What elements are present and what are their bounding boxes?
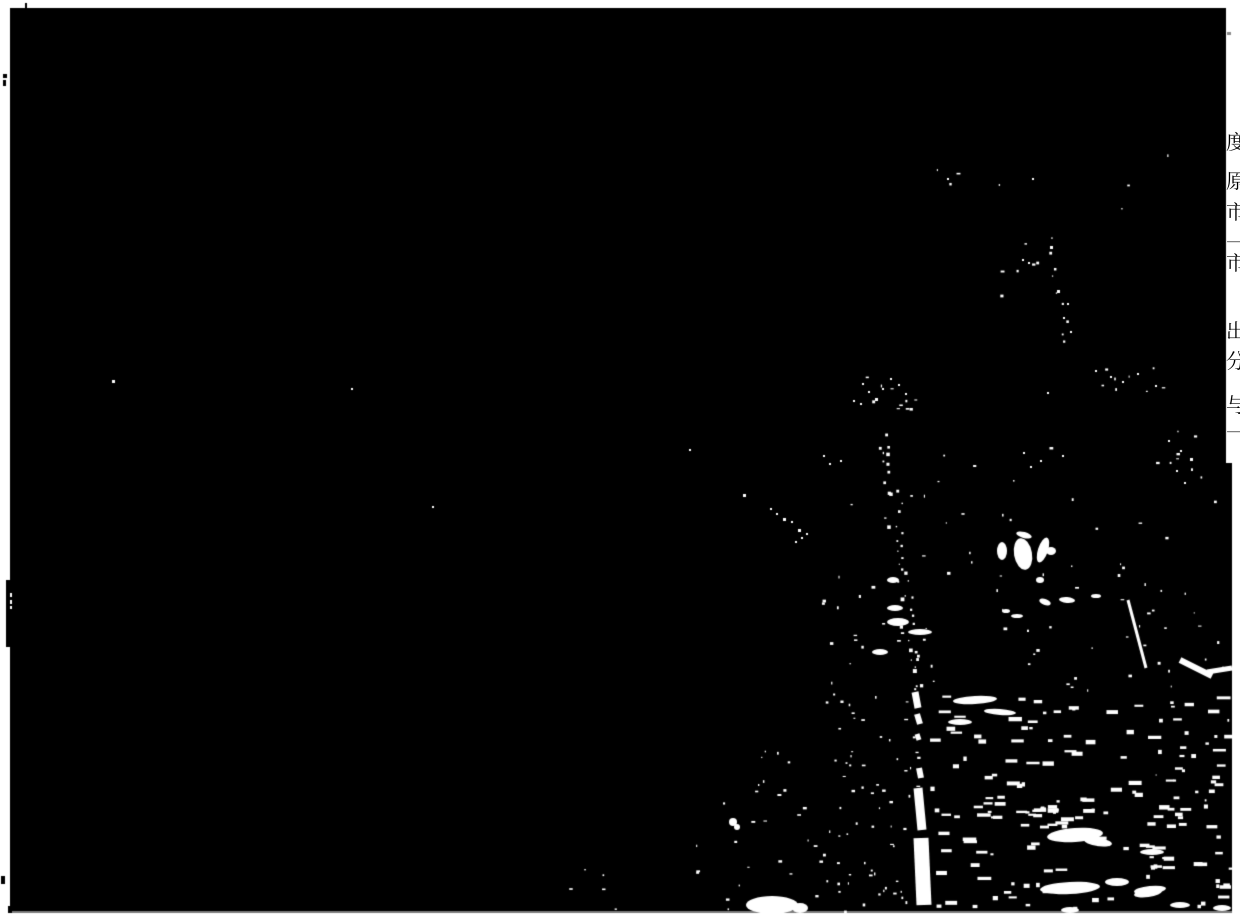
- binarized-photo-figure-canvas: [0, 0, 1240, 922]
- scanned-page: 度原市一市出分与一: [0, 0, 1240, 922]
